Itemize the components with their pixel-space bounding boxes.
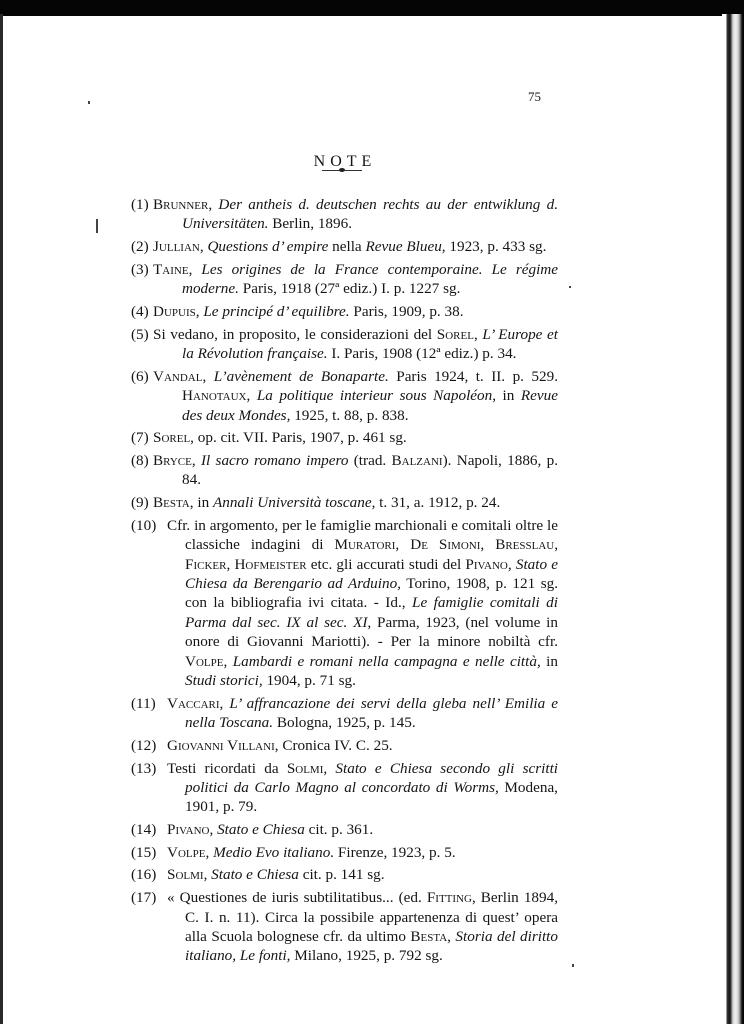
note-text: , bbox=[508, 556, 516, 573]
author-name: Sorel bbox=[153, 429, 190, 446]
italic-title: Der antheis d. deutschen rechts au der e… bbox=[182, 196, 558, 232]
note-text: , Cronica IV. C. 25. bbox=[275, 737, 393, 754]
author-name: Dupuis bbox=[153, 303, 196, 320]
note-text: « Questiones de iuris subtilitatibus... … bbox=[167, 889, 427, 906]
footnote-15: (15)Volpe, Medio Evo italiano. Firenze, … bbox=[131, 843, 558, 862]
author-name: Besta bbox=[410, 928, 447, 945]
hanging-indent-anchor: Vaccari, L’ affrancazione dei servi dell… bbox=[167, 695, 558, 731]
footnote-10: (10)Cfr. in argomento, per le famiglie m… bbox=[131, 516, 558, 691]
footnote-number: (14) bbox=[131, 820, 156, 839]
author-name: Vaccari bbox=[167, 695, 220, 712]
author-name: De Simoni bbox=[410, 536, 480, 553]
footnote-number: (7) bbox=[131, 428, 149, 447]
author-name: Pivano bbox=[465, 556, 507, 573]
hanging-indent-anchor: Giovanni Villani, Cronica IV. C. 25. bbox=[167, 737, 393, 754]
footnote-number: (15) bbox=[131, 843, 156, 862]
italic-title: Il sacro romano impero bbox=[201, 452, 348, 469]
note-text: , bbox=[480, 536, 495, 553]
page-number: 75 bbox=[528, 89, 541, 105]
footnote-1: (1)Brunner, Der antheis d. deutschen rec… bbox=[131, 195, 558, 234]
note-text: (trad. bbox=[348, 452, 391, 469]
author-name: Hofmeister bbox=[234, 556, 306, 573]
note-text: nella bbox=[328, 238, 365, 255]
italic-title: Le principé d’ equilibre. bbox=[203, 303, 349, 320]
note-text: , bbox=[223, 653, 232, 670]
hanging-indent-anchor: Besta, in Annali Università toscane, t. … bbox=[153, 494, 500, 511]
note-text: cit. p. 361. bbox=[305, 821, 373, 838]
note-text: 1923, p. 433 sg. bbox=[446, 238, 547, 255]
italic-title: Revue Blueu, bbox=[365, 238, 445, 255]
note-text: Si vedano, in proposito, le considerazio… bbox=[153, 326, 437, 343]
footnote-number: (6) bbox=[131, 367, 149, 386]
hanging-indent-anchor: Cfr. in argomento, per le famiglie march… bbox=[167, 517, 558, 689]
italic-title: La politique interieur sous Napoléon, bbox=[257, 387, 496, 404]
ornamental-rule-icon bbox=[322, 169, 362, 171]
italic-title: Medio Evo italiano. bbox=[213, 844, 334, 861]
hanging-indent-anchor: Jullian, Questions d’ empire nella Revue… bbox=[153, 238, 546, 255]
footnote-5: (5)Si vedano, in proposito, le considera… bbox=[131, 325, 558, 364]
author-name: Bryce bbox=[153, 452, 192, 469]
note-text: , bbox=[202, 368, 213, 385]
italic-title: Stato e Chiesa bbox=[217, 821, 305, 838]
italic-title: Stato e Chiesa bbox=[211, 866, 299, 883]
footnote-number: (5) bbox=[131, 325, 149, 344]
hanging-indent-anchor: Bryce, Il sacro romano impero (trad. Bal… bbox=[153, 452, 558, 488]
footnote-17: (17)« Questiones de iuris subtilitatibus… bbox=[131, 888, 558, 966]
author-name: Solmi bbox=[287, 760, 324, 777]
footnote-number: (12) bbox=[131, 736, 156, 755]
note-text: Paris, 1909, p. 38. bbox=[350, 303, 464, 320]
hanging-indent-anchor: Volpe, Medio Evo italiano. Firenze, 1923… bbox=[167, 844, 456, 861]
hanging-indent-anchor: Dupuis, Le principé d’ equilibre. Paris,… bbox=[153, 303, 464, 320]
note-text: cit. p. 141 sg. bbox=[299, 866, 385, 883]
hanging-indent-anchor: Vandal, L’avènement de Bonaparte. Paris … bbox=[153, 368, 558, 424]
footnote-16: (16)Solmi, Stato e Chiesa cit. p. 141 sg… bbox=[131, 865, 558, 884]
hanging-indent-anchor: Si vedano, in proposito, le considerazio… bbox=[153, 326, 558, 362]
note-text: , bbox=[189, 261, 202, 278]
hanging-indent-anchor: Pivano, Stato e Chiesa cit. p. 361. bbox=[167, 821, 373, 838]
author-name: Muratori bbox=[334, 536, 395, 553]
author-name: Brunner bbox=[153, 196, 208, 213]
note-text: Paris 1924, t. II. p. 529. bbox=[389, 368, 558, 385]
footnote-number: (3) bbox=[131, 260, 149, 279]
author-name: Fitting bbox=[427, 889, 472, 906]
note-text: , bbox=[220, 695, 230, 712]
scan-speck bbox=[569, 286, 571, 288]
italic-title: Studi storici, bbox=[185, 672, 263, 689]
footnote-number: (2) bbox=[131, 237, 149, 256]
note-text: , bbox=[192, 452, 201, 469]
author-name: Balzani bbox=[392, 452, 443, 469]
note-text: in bbox=[496, 387, 521, 404]
italic-title: Lambardi e romani nella campagna e nelle… bbox=[233, 653, 541, 670]
hanging-indent-anchor: Taine, Les origines de la France contemp… bbox=[153, 261, 558, 297]
note-text: , bbox=[395, 536, 410, 553]
rule-center-dot bbox=[339, 168, 345, 172]
footnote-6: (6)Vandal, L’avènement de Bonaparte. Par… bbox=[131, 367, 558, 425]
author-name: Pivano bbox=[167, 821, 209, 838]
note-text: Bologna, 1925, p. 145. bbox=[273, 714, 416, 731]
footnote-7: (7)Sorel, op. cit. VII. Paris, 1907, p. … bbox=[131, 428, 558, 447]
footnote-11: (11)Vaccari, L’ affrancazione dei servi … bbox=[131, 694, 558, 733]
note-text: Paris, 1918 (27ª ediz.) I. p. 1227 sg. bbox=[239, 280, 460, 297]
author-name: Giovanni Villani bbox=[167, 737, 275, 754]
note-text: t. 31, a. 1912, p. 24. bbox=[375, 494, 500, 511]
author-name: Taine bbox=[153, 261, 189, 278]
author-name: Volpe bbox=[185, 653, 223, 670]
note-text: Berlin, 1896. bbox=[268, 215, 352, 232]
note-text: Firenze, 1923, p. 5. bbox=[334, 844, 455, 861]
footnote-14: (14)Pivano, Stato e Chiesa cit. p. 361. bbox=[131, 820, 558, 839]
author-name: Jullian bbox=[153, 238, 200, 255]
footnote-number: (9) bbox=[131, 493, 149, 512]
italic-title: Annali Università toscane, bbox=[213, 494, 375, 511]
footnote-12: (12)Giovanni Villani, Cronica IV. C. 25. bbox=[131, 736, 558, 755]
scan-speck bbox=[88, 101, 90, 104]
author-name: Besta bbox=[153, 494, 190, 511]
note-text: in bbox=[541, 653, 558, 670]
note-text: , bbox=[246, 387, 256, 404]
scan-speck bbox=[572, 964, 574, 967]
author-name: Bresslau bbox=[495, 536, 554, 553]
scan-top-border bbox=[0, 0, 744, 16]
author-name: Ficker bbox=[185, 556, 226, 573]
italic-title: Questions d’ empire bbox=[207, 238, 328, 255]
author-name: Hanotaux bbox=[182, 387, 246, 404]
author-name: Volpe bbox=[167, 844, 205, 861]
note-text: , bbox=[323, 760, 335, 777]
note-text: , in bbox=[190, 494, 213, 511]
note-text: , bbox=[208, 196, 218, 213]
notes-list: (1)Brunner, Der antheis d. deutschen rec… bbox=[131, 195, 558, 969]
note-text: , op. cit. VII. Paris, 1907, p. 461 sg. bbox=[190, 429, 407, 446]
hanging-indent-anchor: Testi ricordati da Solmi, Stato e Chiesa… bbox=[167, 760, 558, 816]
book-spine-shadow bbox=[722, 14, 744, 1024]
italic-title: L’avènement de Bonaparte. bbox=[214, 368, 389, 385]
hanging-indent-anchor: Brunner, Der antheis d. deutschen rechts… bbox=[153, 196, 558, 232]
footnote-number: (11) bbox=[131, 694, 156, 713]
author-name: Sorel bbox=[437, 326, 474, 343]
note-text: Testi ricordati da bbox=[167, 760, 287, 777]
footnote-number: (10) bbox=[131, 516, 156, 535]
note-text: , bbox=[205, 844, 213, 861]
note-text: 1904, p. 71 sg. bbox=[263, 672, 356, 689]
hanging-indent-anchor: Solmi, Stato e Chiesa cit. p. 141 sg. bbox=[167, 866, 385, 883]
author-name: Vandal bbox=[153, 368, 202, 385]
footnote-4: (4)Dupuis, Le principé d’ equilibre. Par… bbox=[131, 302, 558, 321]
footnote-number: (8) bbox=[131, 451, 149, 470]
footnote-number: (16) bbox=[131, 865, 156, 884]
hanging-indent-anchor: Sorel, op. cit. VII. Paris, 1907, p. 461… bbox=[153, 429, 407, 446]
footnote-number: (17) bbox=[131, 888, 156, 907]
footnote-3: (3)Taine, Les origines de la France cont… bbox=[131, 260, 558, 299]
footnote-2: (2)Jullian, Questions d’ empire nella Re… bbox=[131, 237, 558, 256]
scan-mark bbox=[96, 219, 98, 233]
note-text: 1925, t. 88, p. 838. bbox=[290, 407, 408, 424]
hanging-indent-anchor: « Questiones de iuris subtilitatibus... … bbox=[167, 889, 558, 964]
footnote-number: (13) bbox=[131, 759, 156, 778]
footnote-13: (13)Testi ricordati da Solmi, Stato e Ch… bbox=[131, 759, 558, 817]
note-text: Milano, 1925, p. 792 sg. bbox=[290, 947, 442, 964]
footnote-number: (4) bbox=[131, 302, 149, 321]
author-name: Solmi bbox=[167, 866, 204, 883]
note-text: , bbox=[554, 536, 558, 553]
footnote-8: (8)Bryce, Il sacro romano impero (trad. … bbox=[131, 451, 558, 490]
footnote-number: (1) bbox=[131, 195, 149, 214]
note-text: etc. gli accurati studi del bbox=[307, 556, 466, 573]
footnote-9: (9)Besta, in Annali Università toscane, … bbox=[131, 493, 558, 512]
note-text: I. Paris, 1908 (12ª ediz.) p. 34. bbox=[328, 345, 517, 362]
note-text: , bbox=[209, 821, 217, 838]
